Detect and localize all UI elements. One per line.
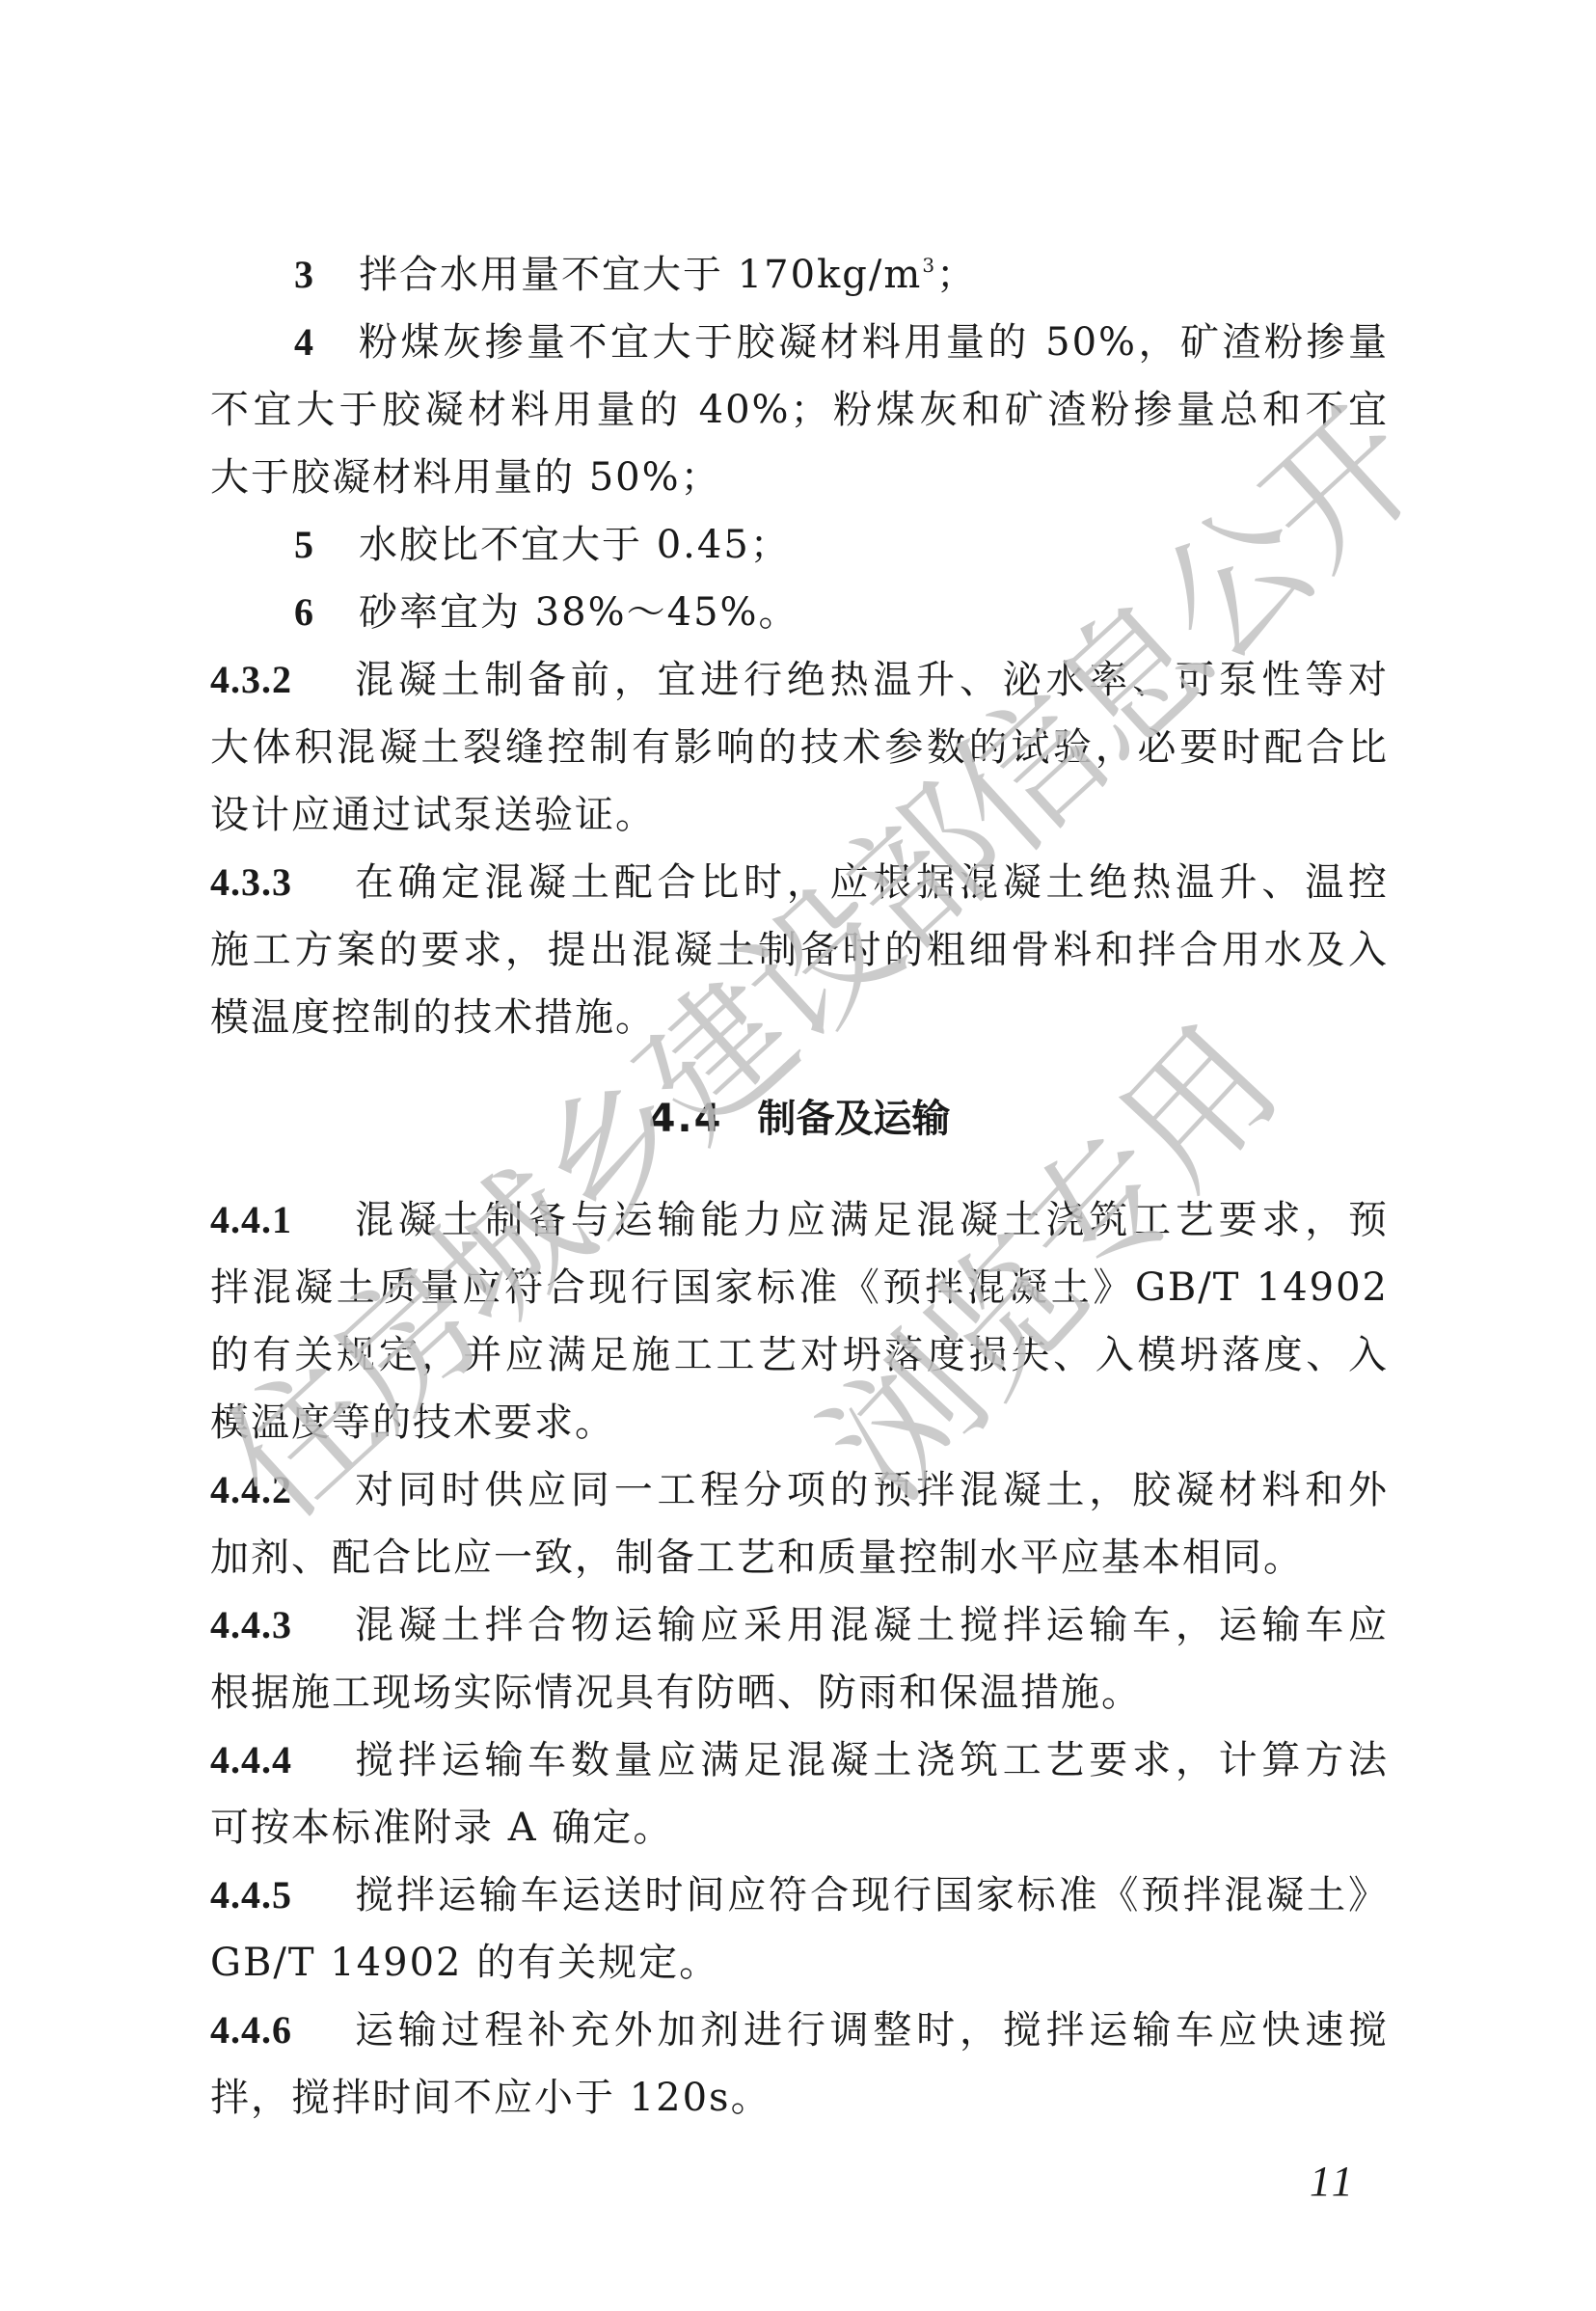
clause-text: 在确定混凝土配合比时，应根据混凝土绝热温升、温控 xyxy=(355,849,1389,916)
clause-number: 4.3.3 xyxy=(210,849,355,916)
item-text: 砂率宜为 38%～45%。 xyxy=(359,579,799,646)
clause-text: 混凝土拌合物运输应采用混凝土搅拌运输车，运输车应 xyxy=(355,1591,1389,1659)
clause-text-continuation: 拌混凝土质量应符合现行国家标准《预拌混凝土》GB/T 14902 xyxy=(210,1254,1389,1321)
clause-text-continuation: 模温度控制的技术措施。 xyxy=(210,984,1389,1051)
list-item-5: 5 水胶比不宜大于 0.45； xyxy=(210,511,1389,579)
item-text-continuation: 不宜大于胶凝材料用量的 40%；粉煤灰和矿渣粉掺量总和不宜 xyxy=(210,376,1389,444)
item-text: 粉煤灰掺量不宜大于胶凝材料用量的 50%，矿渣粉掺量 xyxy=(359,309,1389,376)
item-text: 水胶比不宜大于 0.45； xyxy=(359,511,791,579)
clause-4-3-3: 4.3.3 在确定混凝土配合比时，应根据混凝土绝热温升、温控 xyxy=(210,849,1389,916)
clause-text-continuation: 大体积混凝土裂缝控制有影响的技术参数的试验，必要时配合比 xyxy=(210,714,1389,781)
body-text: 3 拌合水用量不宜大于 170kg/m3； 4 粉煤灰掺量不宜大于胶凝材料用量的… xyxy=(210,241,1389,2132)
clause-number: 4.4.3 xyxy=(210,1591,355,1659)
clause-text-continuation: 模温度等的技术要求。 xyxy=(210,1389,1389,1456)
item-text-continuation: 大于胶凝材料用量的 50%； xyxy=(210,444,1389,511)
section-title: 制备及运输 xyxy=(757,1097,950,1141)
clause-4-4-6: 4.4.6 运输过程补充外加剂进行调整时，搅拌运输车应快速搅 xyxy=(210,1997,1389,2064)
section-number: 4.4 xyxy=(649,1097,723,1141)
clause-number: 4.3.2 xyxy=(210,646,355,714)
clause-text: 搅拌运输车数量应满足混凝土浇筑工艺要求，计算方法 xyxy=(355,1726,1389,1794)
item-number: 4 xyxy=(294,309,315,376)
clause-number: 4.4.4 xyxy=(210,1726,355,1794)
list-item-6: 6 砂率宜为 38%～45%。 xyxy=(210,579,1389,646)
item-number: 5 xyxy=(294,511,315,579)
clause-number: 4.4.5 xyxy=(210,1862,355,1929)
superscript: 3 xyxy=(922,254,936,277)
clause-text-continuation: GB/T 14902 的有关规定。 xyxy=(210,1929,1389,1997)
clause-4-4-4: 4.4.4 搅拌运输车数量应满足混凝土浇筑工艺要求，计算方法 xyxy=(210,1726,1389,1794)
clause-number: 4.4.1 xyxy=(210,1186,355,1254)
clause-4-4-2: 4.4.2 对同时供应同一工程分项的预拌混凝土，胶凝材料和外 xyxy=(210,1456,1389,1524)
clause-text: 运输过程补充外加剂进行调整时，搅拌运输车应快速搅 xyxy=(355,1997,1389,2064)
clause-text-continuation: 的有关规定，并应满足施工工艺对坍落度损失、入模坍落度、入 xyxy=(210,1321,1389,1389)
list-item-3: 3 拌合水用量不宜大于 170kg/m3； xyxy=(210,241,1389,309)
clause-text: 混凝土制备与运输能力应满足混凝土浇筑工艺要求，预 xyxy=(355,1186,1389,1254)
clause-number: 4.4.2 xyxy=(210,1456,355,1524)
clause-4-3-2: 4.3.2 混凝土制备前，宜进行绝热温升、泌水率、可泵性等对 xyxy=(210,646,1389,714)
list-item-4: 4 粉煤灰掺量不宜大于胶凝材料用量的 50%，矿渣粉掺量 xyxy=(210,309,1389,376)
clause-text-continuation: 拌，搅拌时间不应小于 120s。 xyxy=(210,2064,1389,2132)
page-number: 11 xyxy=(1310,2157,1357,2206)
clause-number: 4.4.6 xyxy=(210,1997,355,2064)
item-text: 拌合水用量不宜大于 170kg/m xyxy=(359,253,922,297)
clause-text-continuation: 根据施工现场实际情况具有防晒、防雨和保温措施。 xyxy=(210,1659,1389,1726)
clause-text-continuation: 施工方案的要求，提出混凝土制备时的粗细骨料和拌合用水及入 xyxy=(210,916,1389,984)
clause-text: 混凝土制备前，宜进行绝热温升、泌水率、可泵性等对 xyxy=(355,646,1389,714)
clause-4-4-5: 4.4.5 搅拌运输车运送时间应符合现行国家标准《预拌混凝土》 xyxy=(210,1862,1389,1929)
clause-text-continuation: 设计应通过试泵送验证。 xyxy=(210,781,1389,849)
clause-text: 搅拌运输车运送时间应符合现行国家标准《预拌混凝土》 xyxy=(355,1862,1389,1929)
clause-text-continuation: 可按本标准附录 A 确定。 xyxy=(210,1794,1389,1862)
item-number: 6 xyxy=(294,579,315,646)
clause-4-4-1: 4.4.1 混凝土制备与运输能力应满足混凝土浇筑工艺要求，预 xyxy=(210,1186,1389,1254)
section-heading: 4.4制备及运输 xyxy=(210,1051,1389,1186)
clause-text-continuation: 加剂、配合比应一致，制备工艺和质量控制水平应基本相同。 xyxy=(210,1524,1389,1591)
item-number: 3 xyxy=(294,241,315,309)
clause-4-4-3: 4.4.3 混凝土拌合物运输应采用混凝土搅拌运输车，运输车应 xyxy=(210,1591,1389,1659)
document-page: 3 拌合水用量不宜大于 170kg/m3； 4 粉煤灰掺量不宜大于胶凝材料用量的… xyxy=(0,0,1596,2311)
clause-text: 对同时供应同一工程分项的预拌混凝土，胶凝材料和外 xyxy=(355,1456,1389,1524)
